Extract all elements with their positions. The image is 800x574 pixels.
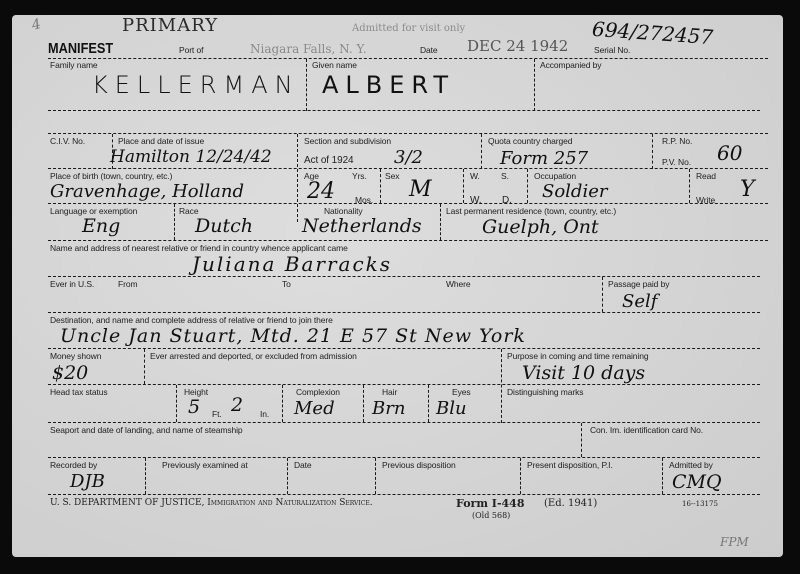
given-name-label: Given name: [312, 60, 357, 70]
con-im-card-label: Con. Im. identification card No.: [590, 425, 703, 435]
passage-paid-value: Self: [622, 291, 657, 312]
marital-w-label: W.: [470, 171, 480, 181]
hair-value: Brn: [372, 398, 405, 419]
date-label: Date: [420, 45, 438, 55]
recorded-by-value: DJB: [70, 471, 105, 492]
hair-label: Hair: [382, 387, 397, 397]
footer-old-form: (Old 568): [472, 511, 510, 520]
place-of-birth-value: Gravenhage, Holland: [50, 181, 244, 202]
quota-country-value: Form 257: [500, 148, 588, 169]
age-value: 24: [307, 179, 335, 204]
accompanied-by-label: Accompanied by: [540, 60, 601, 70]
ever-in-us-label: Ever in U.S.: [50, 279, 94, 289]
act-label: Act of 1924: [304, 155, 354, 166]
family-name-label: Family name: [50, 60, 98, 70]
civ-no-label: C.I.V. No.: [50, 136, 85, 146]
section-value: 3/2: [394, 147, 423, 168]
distinguishing-marks-label: Distinguishing marks: [507, 387, 583, 397]
sex-label: Sex: [385, 171, 399, 181]
last-residence-value: Guelph, Ont: [482, 216, 599, 238]
purpose-label: Purpose in coming and time remaining: [507, 351, 648, 361]
marital-s-label: S.: [501, 171, 509, 181]
manifest-card: 4 PRIMARY MANIFEST Port of Niagara Falls…: [12, 15, 783, 557]
complexion-label: Complexion: [296, 387, 340, 397]
language-value: Eng: [82, 215, 120, 237]
marital-s-value: D.: [502, 195, 512, 206]
date-stamp: DEC 24 1942: [467, 37, 568, 55]
nationality-value: Netherlands: [302, 215, 422, 237]
footer-edition: (Ed. 1941): [544, 498, 597, 509]
read-write-value: Y: [740, 177, 755, 202]
marital-w-value: W.: [470, 195, 481, 206]
footer-initials: FPM: [720, 535, 749, 549]
serial-label: Serial No.: [594, 45, 630, 55]
port-label: Port of: [179, 45, 203, 55]
previously-examined-label: Previously examined at: [162, 460, 248, 470]
admitted-by-label: Admitted by: [669, 460, 713, 470]
height-ft-label: Ft.: [212, 409, 222, 419]
ever-in-us-where-label: Where: [446, 279, 471, 289]
read-label: Read: [696, 171, 716, 181]
margin-note: 4: [30, 16, 43, 34]
given-name-value: ALBERT: [322, 71, 455, 99]
admitted-stamp: Admitted for visit only: [352, 23, 465, 34]
place-date-issue-value: Hamilton 12/24/42: [110, 147, 272, 167]
height-in-value: 2: [231, 394, 243, 416]
money-shown-value: $20: [52, 362, 88, 384]
race-value: Dutch: [195, 215, 253, 237]
place-date-issue-label: Place and date of issue: [118, 136, 204, 146]
head-tax-label: Head tax status: [50, 387, 108, 397]
pv-no-label: P.V. No.: [662, 157, 691, 167]
admitted-by-value: CMQ: [672, 471, 722, 493]
family-name-value: KELLERMAN: [92, 71, 300, 99]
age-yrs-label: Yrs.: [352, 171, 367, 181]
rp-no-label: R.P. No.: [662, 136, 692, 146]
purpose-value: Visit 10 days: [522, 362, 645, 384]
section-label: Section and subdivision: [304, 136, 391, 146]
height-in-label: In.: [260, 409, 269, 419]
title-primary: PRIMARY: [122, 15, 218, 36]
recorded-by-label: Recorded by: [50, 460, 97, 470]
place-of-birth-label: Place of birth (town, country, etc.): [50, 171, 172, 181]
passage-paid-label: Passage paid by: [608, 279, 669, 289]
title-manifest: MANIFEST: [48, 40, 113, 57]
destination-label: Destination, and name and complete addre…: [50, 315, 333, 325]
pv-no-value: 60: [717, 141, 742, 165]
occupation-value: Soldier: [542, 181, 607, 202]
occupation-label: Occupation: [534, 171, 576, 181]
height-ft-value: 5: [188, 396, 200, 418]
eyes-value: Blu: [436, 398, 467, 419]
ever-arrested-label: Ever arrested and deported, or excluded …: [150, 351, 357, 361]
sex-value: M: [409, 177, 432, 202]
last-residence-label: Last permanent residence (town, country,…: [446, 206, 616, 216]
quota-country-label: Quota country charged: [488, 136, 572, 146]
present-disposition-label: Present disposition, P.I.: [527, 460, 613, 470]
prev-date-label: Date: [294, 460, 312, 470]
footer-department: U. S. DEPARTMENT OF JUSTICE, Immigration…: [50, 498, 373, 508]
seaport-label: Seaport and date of landing, and name of…: [50, 425, 243, 435]
footer-form: Form I-448: [456, 497, 524, 510]
footer-print-code: 16--13175: [682, 500, 718, 508]
eyes-label: Eyes: [452, 387, 471, 397]
ever-in-us-to-label: To: [282, 279, 291, 289]
destination-value: Uncle Jan Stuart, Mtd. 21 E 57 St New Yo…: [60, 325, 526, 347]
port-stamp: Niagara Falls, N. Y.: [250, 42, 367, 56]
ever-in-us-from-label: From: [118, 279, 137, 289]
money-shown-label: Money shown: [50, 351, 101, 361]
nearest-relative-value: Juliana Barracks: [192, 252, 392, 276]
complexion-value: Med: [294, 398, 335, 419]
previous-disposition-label: Previous disposition: [382, 460, 456, 470]
